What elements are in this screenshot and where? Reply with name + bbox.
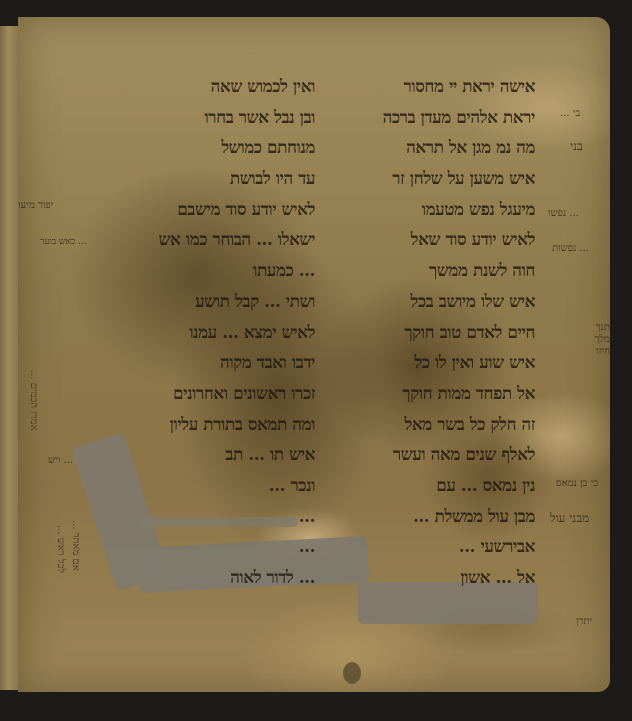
vertical-margin-note: ... אמרו הכמים	[28, 370, 39, 500]
margin-note: יתרן	[576, 616, 592, 628]
text-line: איש שוע ואין לו כל	[315, 348, 535, 379]
text-line: איש תו ... תב	[60, 440, 315, 471]
text-line: זכרו ראשונים ואחרונים	[60, 379, 315, 410]
text-line: נין נמאס ... עם	[315, 471, 535, 502]
margin-note: ... ויש	[48, 455, 73, 467]
text-column-left: ואין לכמוש שאה ובן נבל אשר בחרו מנוחתם כ…	[60, 72, 315, 594]
text-line: איש משען על שלחן זר	[315, 164, 535, 195]
binding-spine	[0, 26, 19, 690]
margin-note: מבני עול	[550, 512, 589, 524]
text-line: מיעגל נפש מטעמו	[315, 195, 535, 226]
margin-note: ... נפשו	[548, 208, 579, 220]
text-line: ומה תמאס בתורת עליון	[60, 410, 315, 441]
text-line: יראת אלהים מעדן ברכה	[315, 103, 535, 134]
text-line: ... כמעתו	[60, 256, 315, 287]
vertical-margin-note: ... אם מאחד	[70, 520, 81, 640]
text-line: ...	[60, 532, 315, 563]
text-line: מבן עול ממשלת ...	[315, 502, 535, 533]
text-line: חוה לשנת ממשך	[315, 256, 535, 287]
text-line: עד היו לבושת	[60, 164, 315, 195]
text-line: אל תפחד ממות חוקך	[315, 379, 535, 410]
margin-note: ... כאש בוער	[40, 236, 87, 248]
text-line: לאלף שנים מאה ועשר	[315, 440, 535, 471]
text-line: אל ... אשון	[315, 563, 535, 594]
text-line: ישאלו ... הבוחר כמו אש	[60, 225, 315, 256]
margin-note: ... נפשות	[552, 243, 589, 255]
margin-note: כי כן נמאס	[556, 478, 598, 490]
text-column-right: אישה יראת יי מחסור יראת אלהים מעדן ברכה …	[315, 72, 535, 594]
margin-note: בי ...	[560, 108, 580, 120]
text-line: ידבו ואבד מקוה	[60, 348, 315, 379]
text-line: מה נמ מגן אל תראה	[315, 133, 535, 164]
text-line: לאיש יודע סוד מישבם	[60, 195, 315, 226]
text-line: אישה יראת יי מחסור	[315, 72, 535, 103]
text-line: ובן נבל אשר בחרו	[60, 103, 315, 134]
text-line: לאיש ימצא ... עמנו	[60, 318, 315, 349]
margin-note: בני	[570, 140, 583, 152]
text-line: ואין לכמוש שאה	[60, 72, 315, 103]
text-line: ונכר ...	[60, 471, 315, 502]
text-line: ...	[60, 502, 315, 533]
text-line: מנוחתם כמושל	[60, 133, 315, 164]
text-line: חיים לאדם טוב חוקך	[315, 318, 535, 349]
margin-note: תנך מלך חוזו	[585, 322, 610, 358]
text-line: איש שלו מיושב בכל	[315, 287, 535, 318]
text-line: זה חלק כל בשר מאל	[315, 410, 535, 441]
stain-spot	[343, 662, 361, 684]
text-line: אבירשעי ...	[315, 532, 535, 563]
text-line: ... לדור לאוה	[60, 563, 315, 594]
vertical-margin-note: ... לכל ראש	[55, 525, 66, 645]
text-line: לאיש יודע סוד שאל	[315, 225, 535, 256]
text-line: ושתי ... קבל תושע	[60, 287, 315, 318]
margin-note: יפור מיעו	[18, 200, 53, 212]
